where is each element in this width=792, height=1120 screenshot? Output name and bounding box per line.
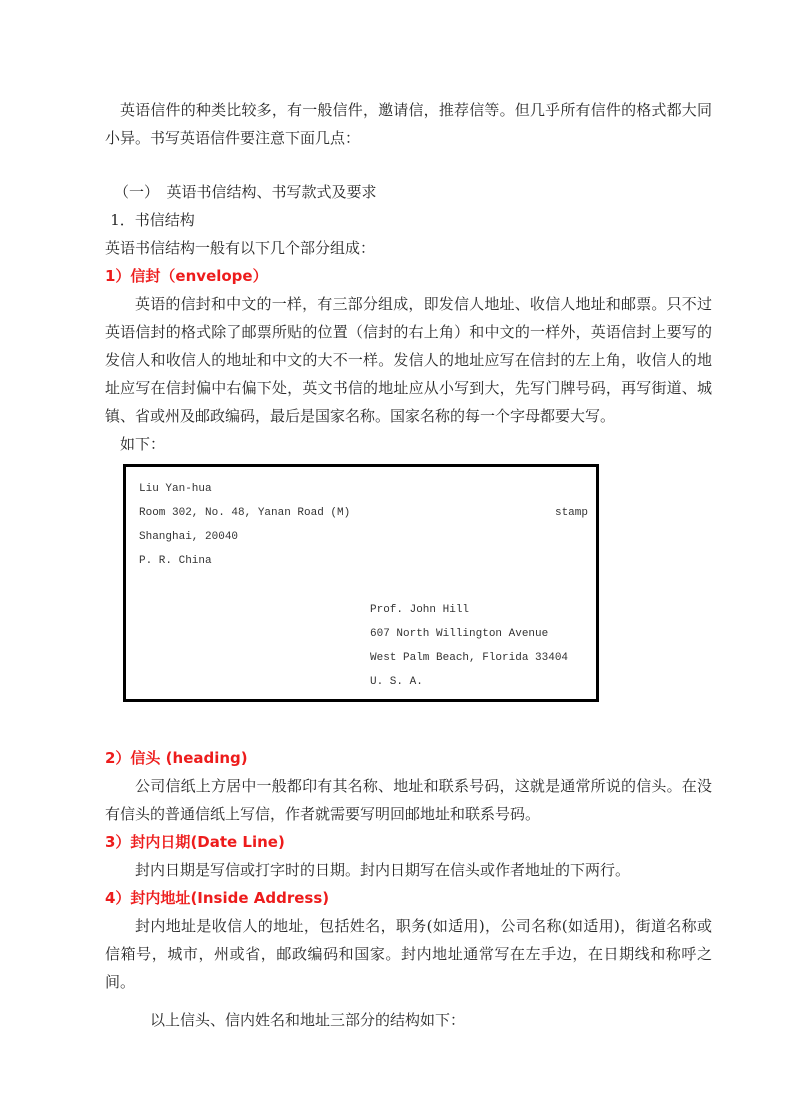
heading-inside-address: 4）封内地址(Inside Address) (105, 884, 712, 912)
envelope-figure: Liu Yan-hua Room 302, No. 48, Yanan Road… (123, 464, 599, 702)
inside-address-paragraph: 封内地址是收信人的地址，包括姓名，职务(如适用)，公司名称(如适用)，街道名称或… (105, 912, 712, 996)
stamp-placeholder: stamp (555, 501, 588, 525)
sender-address-line: Shanghai, 20040 (139, 525, 350, 549)
heading-date-line: 3）封内日期(Date Line) (105, 828, 712, 856)
envelope-paragraph: 英语的信封和中文的一样，有三部分组成，即发信人地址、收信人地址和邮票。只不过英语… (105, 290, 712, 430)
subsection-title: 1．书信结构 (105, 206, 712, 234)
date-line-paragraph: 封内日期是写信或打字时的日期。封内日期写在信头或作者地址的下两行。 (105, 856, 712, 884)
lead-sentence: 英语书信结构一般有以下几个部分组成： (105, 234, 712, 262)
heading-letter-head: 2）信头 (heading) (105, 744, 712, 772)
envelope-paragraph-tail: 如下： (105, 430, 712, 458)
sender-address-line: Room 302, No. 48, Yanan Road (M) (139, 501, 350, 525)
sender-address-block: Liu Yan-hua Room 302, No. 48, Yanan Road… (139, 477, 350, 573)
recipient-address-line: 607 North Willington Avenue (370, 622, 568, 646)
sender-address-line: P. R. China (139, 549, 350, 573)
sender-address-line: Liu Yan-hua (139, 477, 350, 501)
recipient-address-line: West Palm Beach, Florida 33404 (370, 646, 568, 670)
part-one-title: （一） 英语书信结构、书写款式及要求 (105, 178, 712, 206)
letter-head-paragraph: 公司信纸上方居中一般都印有其名称、地址和联系号码，这就是通常所说的信头。在没有信… (105, 772, 712, 828)
heading-envelope: 1）信封（envelope） (105, 262, 712, 290)
intro-paragraph: 英语信件的种类比较多，有一般信件，邀请信，推荐信等。但几乎所有信件的格式都大同小… (105, 96, 712, 152)
recipient-address-line: U. S. A. (370, 670, 568, 694)
document-page: 英语信件的种类比较多，有一般信件，邀请信，推荐信等。但几乎所有信件的格式都大同小… (0, 0, 792, 1120)
closing-sentence: 以上信头、信内姓名和地址三部分的结构如下： (105, 1006, 712, 1034)
recipient-address-line: Prof. John Hill (370, 598, 568, 622)
recipient-address-block: Prof. John Hill 607 North Willington Ave… (370, 598, 568, 694)
